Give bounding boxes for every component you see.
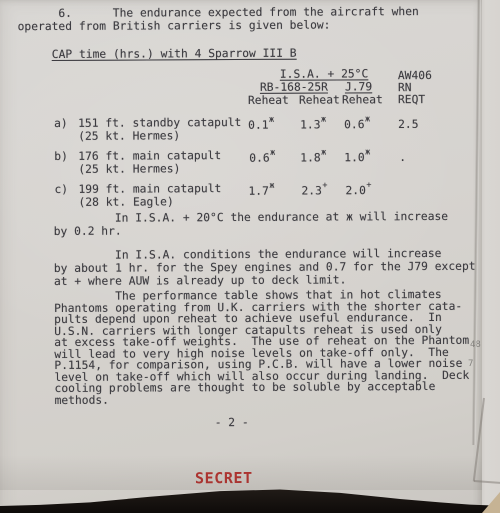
footnote-mark: ж <box>270 148 275 158</box>
table-row: a) 151 ft. standby catapult (25 kt. Herm… <box>0 0 481 1</box>
footnote-mark: ж <box>365 147 370 157</box>
table-row: b) 176 ft. main catapult (25 kt. Hermes)… <box>0 0 481 1</box>
cell-spey-reheat: 1.7ж <box>248 182 274 198</box>
document-page: 6. The endurance expected from the aircr… <box>0 0 482 513</box>
footnote-mark: + <box>366 180 371 190</box>
table-row: c) 199 ft. main catapult (28 kt. Eagle) … <box>0 0 481 1</box>
cap-time-table: I.S.A. + 25°C RB-168-25R J.79 Reheat Reh… <box>0 0 481 1</box>
table-header-engine-spey: RB-168-25R <box>260 81 328 94</box>
paragraph-performance: The performance table shows that in hot … <box>54 289 469 406</box>
table-header-engine-j79: J.79 <box>345 80 372 93</box>
row-label: c) <box>54 183 68 196</box>
paragraph-isa-20: In I.S.A. + 20°C the endurance at ж will… <box>54 210 449 238</box>
row-label: b) <box>54 150 68 163</box>
cell-spey-reheat-2: 1.3ж <box>300 116 326 132</box>
footnote-mark: + <box>322 181 327 191</box>
cap-time-heading: CAP time (hrs.) with 4 Sparrow III B <box>52 47 297 61</box>
row-label: a) <box>54 117 68 130</box>
photo-background: 6. The endurance expected from the aircr… <box>0 0 500 513</box>
footnote-mark: ж <box>321 148 326 158</box>
cell-spey-reheat: 0.6ж <box>249 149 275 165</box>
cell-spey-reheat-2: 1.8ж <box>300 149 326 165</box>
footnote-mark: ж <box>321 115 326 125</box>
cell-spey-reheat: 0.1ж <box>248 116 274 132</box>
cell-spey-reheat-2: 2.3+ <box>301 182 327 198</box>
footnote-mark: ж <box>365 114 370 124</box>
row-description: 176 ft. main catapult (25 kt. Hermes) <box>78 149 221 176</box>
cell-j79-reheat: 2.0+ <box>345 181 371 197</box>
cell-j79-reheat: 0.6ж <box>344 115 370 131</box>
cell-aw406-reqt: 2.5 <box>398 115 418 131</box>
classification-stamp: SECRET <box>195 472 253 485</box>
page-number: - 2 - <box>215 416 249 429</box>
typewritten-content: 6. The endurance expected from the aircr… <box>0 0 484 513</box>
cell-aw406-reqt: . <box>399 148 406 164</box>
paragraph-isa-conditions: In I.S.A. conditions the endurance will … <box>54 247 476 288</box>
table-header-reheat-2: Reheat <box>299 93 340 106</box>
table-header-rn-requirement: AW406 RN REQT <box>398 70 432 106</box>
row-description: 199 ft. main catapult (28 kt. Eagle) <box>78 182 221 209</box>
table-header-reheat-3: Reheat <box>342 93 383 106</box>
footnote-mark: ж <box>269 115 274 125</box>
cell-j79-reheat: 1.0ж <box>344 148 370 164</box>
footnote-mark: ж <box>269 181 274 191</box>
paragraph-endurance-intro: 6. The endurance expected from the aircr… <box>17 5 418 33</box>
row-description: 151 ft. standby catapult (25 kt. Hermes) <box>78 116 241 143</box>
table-header-isa-condition: I.S.A. + 25°C <box>280 67 368 80</box>
table-header-reheat-1: Reheat <box>248 94 289 107</box>
